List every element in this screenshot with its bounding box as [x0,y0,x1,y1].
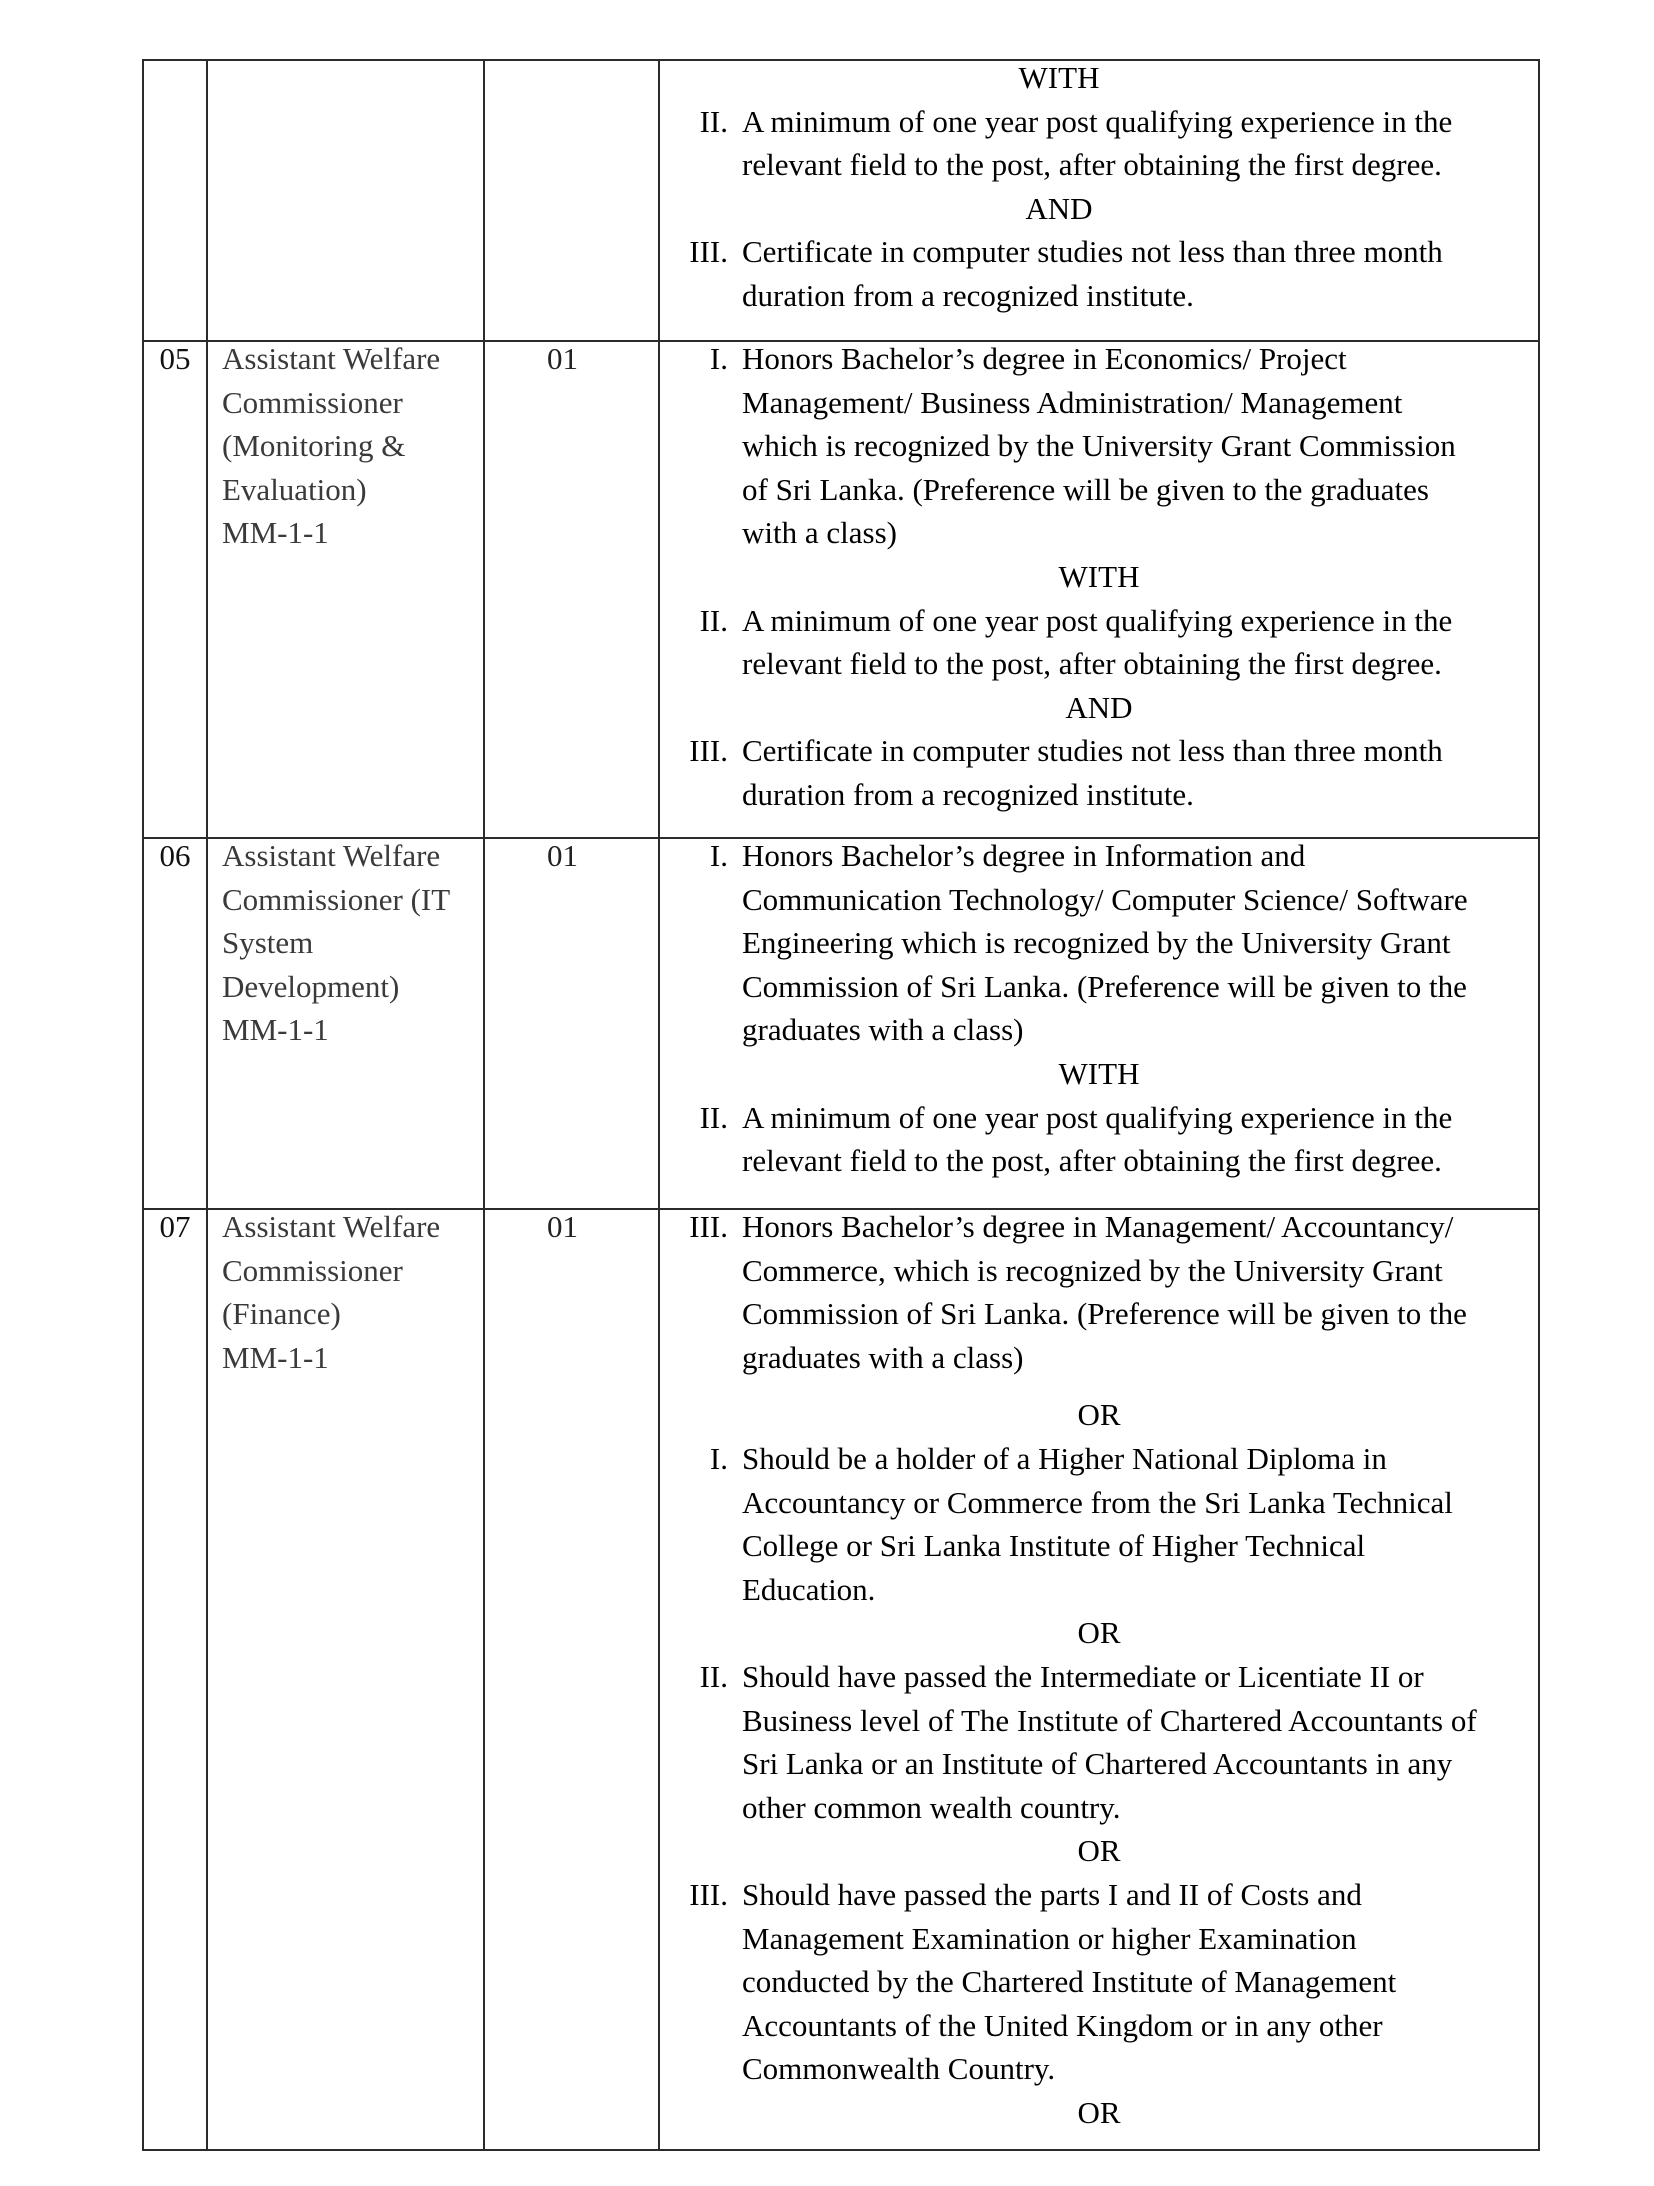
vacancies-count: 01 [485,834,640,878]
roman-numeral: III. [660,230,742,317]
qualifications-cell: WITHII.A minimum of one year post qualif… [659,60,1539,341]
conjunction-label: AND [660,187,1538,231]
qualification-text-line: Certificate in computer studies not less… [742,230,1538,274]
roman-numeral: III. [660,729,742,816]
qualification-text-line: of Sri Lanka. (Preference will be given … [742,468,1538,512]
qualification-text-line: conducted by the Chartered Institute of … [742,1960,1538,2004]
vacancies-cell: 01 [484,341,659,838]
post-name-line: Commissioner [222,381,483,425]
serial-number-cell: 07 [143,1209,207,2150]
qualification-item: II.Should have passed the Intermediate o… [660,1655,1538,1829]
qualification-text-line: A minimum of one year post qualifying ex… [742,599,1538,643]
post-name-line: Evaluation) [222,468,483,512]
roman-numeral: III. [660,1205,742,1379]
qualification-text-line: duration from a recognized institute. [742,274,1538,318]
roman-numeral: II. [660,1096,742,1183]
post-name-cell: Assistant WelfareCommissioner (ITSystemD… [207,838,484,1209]
vacancies-cell: 01 [484,1209,659,2150]
qualification-text-line: Honors Bachelor’s degree in Economics/ P… [742,337,1538,381]
qualifications-cell: I.Honors Bachelor’s degree in Economics/… [659,341,1539,838]
qualification-text-line: Should have passed the Intermediate or L… [742,1655,1538,1699]
table-row: WITHII.A minimum of one year post qualif… [143,60,1539,341]
qualification-text-line: Communication Technology/ Computer Scien… [742,878,1538,922]
qualifications-table: WITHII.A minimum of one year post qualif… [142,59,1540,2151]
qualification-text-line: relevant field to the post, after obtain… [742,143,1538,187]
vacancies-count: 01 [485,337,640,381]
table-row: 07Assistant WelfareCommissioner(Finance)… [143,1209,1539,2150]
document-page: WITHII.A minimum of one year post qualif… [0,0,1654,2186]
qualification-item: I.Honors Bachelor’s degree in Informatio… [660,834,1538,1052]
qualification-text-line: graduates with a class) [742,1336,1538,1380]
post-name-line: Assistant Welfare [222,834,483,878]
qualification-text-line: Business level of The Institute of Chart… [742,1699,1538,1743]
roman-numeral: II. [660,1655,742,1829]
qualification-item: II.A minimum of one year post qualifying… [660,1096,1538,1183]
post-name-line: (Finance) [222,1292,483,1336]
post-name-line: (Monitoring & [222,424,483,468]
post-name-cell [207,60,484,341]
qualification-text-line: Honors Bachelor’s degree in Information … [742,834,1538,878]
conjunction-label: OR [660,1829,1538,1873]
roman-numeral: II. [660,100,742,187]
qualification-text-line: A minimum of one year post qualifying ex… [742,1096,1538,1140]
qualification-text-line: Accountants of the United Kingdom or in … [742,2004,1538,2048]
serial-number-cell: 06 [143,838,207,1209]
conjunction-label: OR [660,2091,1538,2135]
roman-numeral: II. [660,599,742,686]
qualification-item: III.Honors Bachelor’s degree in Manageme… [660,1205,1538,1379]
qualification-text-line: other common wealth country. [742,1786,1538,1830]
qualification-item: III.Certificate in computer studies not … [660,729,1538,816]
serial-number: 05 [144,337,206,381]
qualification-text-line: Commission of Sri Lanka. (Preference wil… [742,965,1538,1009]
conjunction-label: OR [660,1393,1538,1437]
qualification-item: III.Certificate in computer studies not … [660,230,1538,317]
table-row: 06Assistant WelfareCommissioner (ITSyste… [143,838,1539,1209]
post-name-cell: Assistant WelfareCommissioner(Monitoring… [207,341,484,838]
post-name-line: MM-1-1 [222,1336,483,1380]
qualification-text-line: with a class) [742,511,1538,555]
roman-numeral: I. [660,337,742,555]
qualifications-cell: III.Honors Bachelor’s degree in Manageme… [659,1209,1539,2150]
post-name-line: Development) [222,965,483,1009]
post-name-line: Assistant Welfare [222,1205,483,1249]
post-name-line: Commissioner (IT [222,878,483,922]
qualifications-cell: I.Honors Bachelor’s degree in Informatio… [659,838,1539,1209]
post-name-line: Assistant Welfare [222,337,483,381]
conjunction-label: WITH [660,1052,1538,1096]
conjunction-label: OR [660,1611,1538,1655]
qualification-text-line: Engineering which is recognized by the U… [742,921,1538,965]
post-name-line: MM-1-1 [222,511,483,555]
roman-numeral: I. [660,1437,742,1611]
qualification-item: II.A minimum of one year post qualifying… [660,100,1538,187]
serial-number: 07 [144,1205,206,1249]
vacancies-count: 01 [485,1205,640,1249]
qualification-text-line: A minimum of one year post qualifying ex… [742,100,1538,144]
qualification-text-line: Commonwealth Country. [742,2047,1538,2091]
qualification-text-line: Certificate in computer studies not less… [742,729,1538,773]
qualification-text-line: Management/ Business Administration/ Man… [742,381,1538,425]
roman-numeral: III. [660,1873,742,2091]
qualification-text-line: Accountancy or Commerce from the Sri Lan… [742,1481,1538,1525]
post-name-line: MM-1-1 [222,1008,483,1052]
qualification-text-line: relevant field to the post, after obtain… [742,642,1538,686]
qualification-item: III.Should have passed the parts I and I… [660,1873,1538,2091]
qualification-item: II.A minimum of one year post qualifying… [660,599,1538,686]
roman-numeral: I. [660,834,742,1052]
conjunction-label: AND [660,686,1538,730]
vacancies-cell [484,60,659,341]
qualification-text-line: Commerce, which is recognized by the Uni… [742,1249,1538,1293]
qualification-text-line: which is recognized by the University Gr… [742,424,1538,468]
post-name-line: System [222,921,483,965]
qualification-text-line: Commission of Sri Lanka. (Preference wil… [742,1292,1538,1336]
qualification-item: I.Honors Bachelor’s degree in Economics/… [660,337,1538,555]
conjunction-label: WITH [660,56,1538,100]
qualification-text-line: Management Examination or higher Examina… [742,1917,1538,1961]
serial-number-cell [143,60,207,341]
post-name-cell: Assistant WelfareCommissioner(Finance)MM… [207,1209,484,2150]
serial-number: 06 [144,834,206,878]
qualification-item: I.Should be a holder of a Higher Nationa… [660,1437,1538,1611]
qualification-text-line: Education. [742,1568,1538,1612]
qualification-text-line: College or Sri Lanka Institute of Higher… [742,1524,1538,1568]
serial-number-cell: 05 [143,341,207,838]
table-row: 05Assistant WelfareCommissioner(Monitori… [143,341,1539,838]
qualification-text-line: Sri Lanka or an Institute of Chartered A… [742,1742,1538,1786]
vacancies-cell: 01 [484,838,659,1209]
qualification-text-line: duration from a recognized institute. [742,773,1538,817]
qualification-text-line: Should have passed the parts I and II of… [742,1873,1538,1917]
qualification-text-line: Should be a holder of a Higher National … [742,1437,1538,1481]
conjunction-label: WITH [660,555,1538,599]
qualification-text-line: relevant field to the post, after obtain… [742,1139,1538,1183]
qualification-text-line: Honors Bachelor’s degree in Management/ … [742,1205,1538,1249]
qualification-text-line: graduates with a class) [742,1008,1538,1052]
post-name-line: Commissioner [222,1249,483,1293]
